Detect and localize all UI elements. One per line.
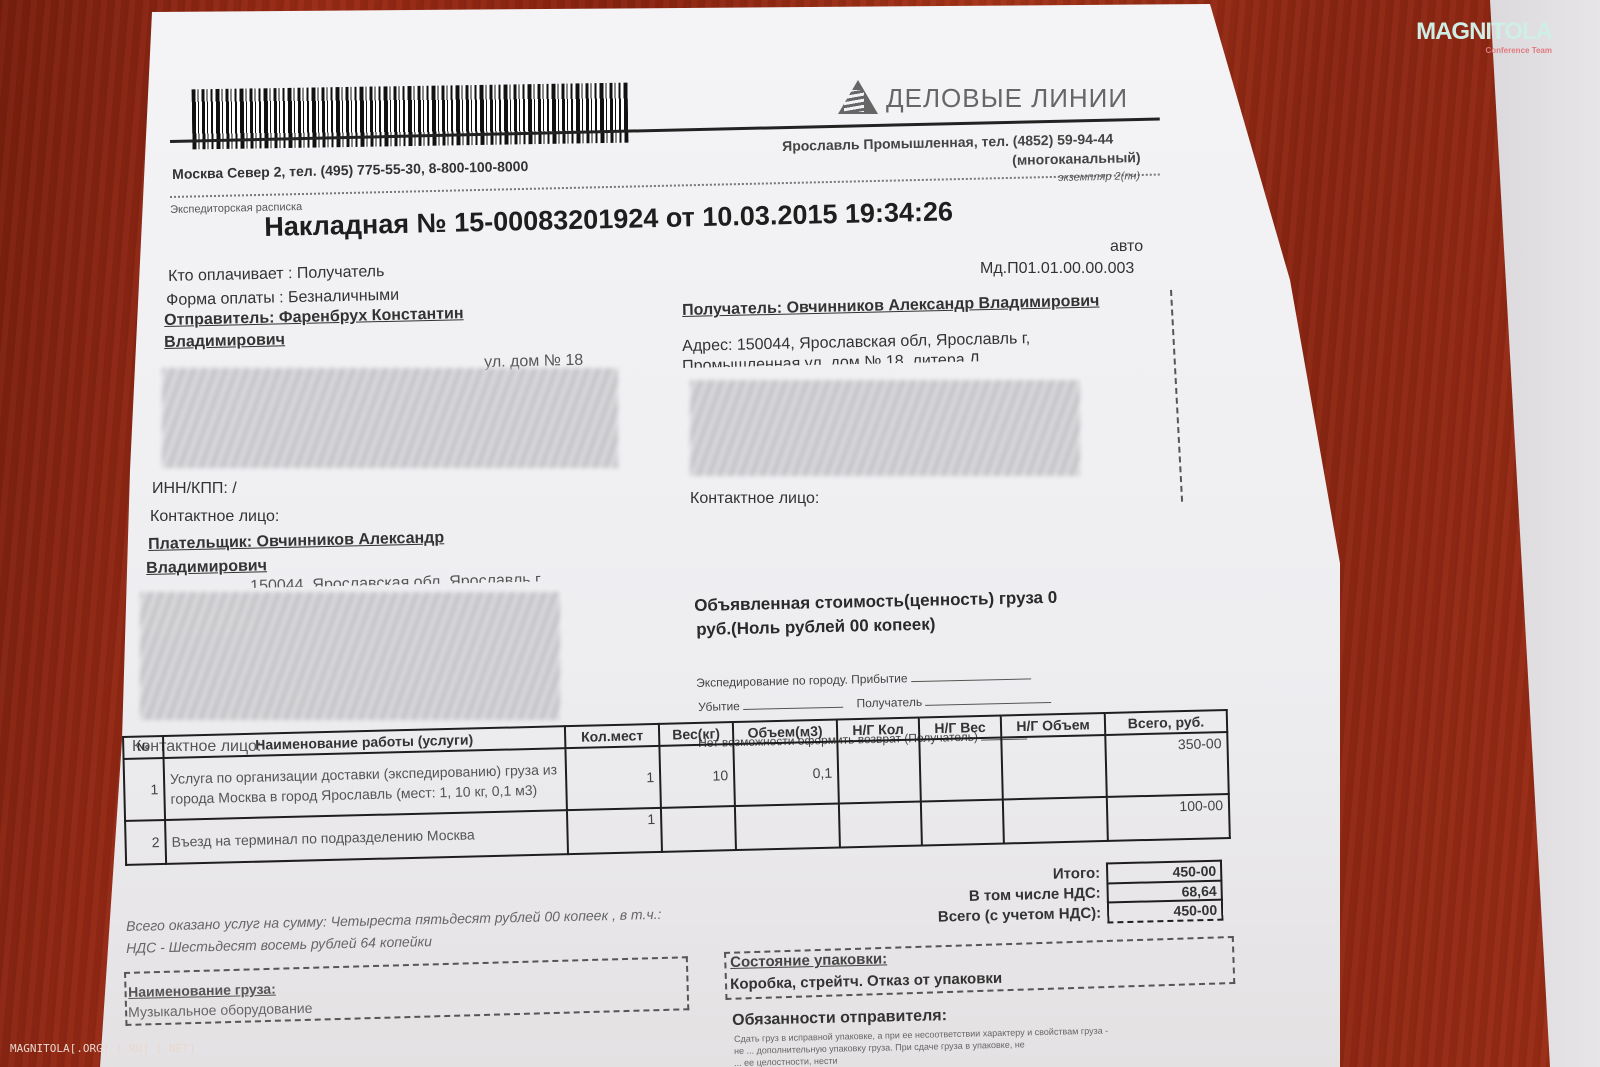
cargo-label: Наименование груза: xyxy=(128,981,276,1000)
declared-value-line1: Объявленная стоимость(ценность) груза 0 xyxy=(694,588,1057,616)
row-ng-qty xyxy=(837,740,920,804)
row-places: 1 xyxy=(565,746,660,810)
watermark-url: MAGNITOLA[.ORG] [.RU] [.NET] xyxy=(10,1042,195,1055)
receiver-dashed-border xyxy=(1170,290,1183,502)
col-number: № xyxy=(123,736,164,759)
row-service-name: Въезд на терминал по подразделению Москв… xyxy=(165,810,568,864)
payer-title: Плательщик: Овчинников Александр xyxy=(148,529,444,554)
grand-total-label: Всего (с учетом НДС): xyxy=(881,904,1107,927)
redacted-payer-address xyxy=(140,592,560,720)
row-volume xyxy=(735,804,840,851)
packaging-label: Состояние упаковки: xyxy=(730,950,887,971)
row-places: 1 xyxy=(567,808,662,854)
company-logo-icon xyxy=(838,80,878,116)
row-total: 350-00 xyxy=(1105,732,1228,797)
col-ng-weight: Н/Г Вес xyxy=(919,716,1002,740)
sender-duties-text-3: ... ее целостности, нести xyxy=(734,1056,838,1067)
payer-address-partial: 150044, Ярославская обл, Ярославль г xyxy=(250,571,541,588)
row-number: 2 xyxy=(125,820,166,865)
redacted-sender-address xyxy=(162,368,618,468)
row-ng-weight xyxy=(919,738,1002,802)
transport-type: авто xyxy=(1110,238,1143,256)
row-volume: 0,1 xyxy=(733,742,838,807)
receiver-signature-line xyxy=(926,702,1052,706)
redacted-receiver-address xyxy=(690,380,1080,476)
payer-title-cont: Владимирович xyxy=(146,557,267,578)
departure-signature-line xyxy=(743,707,843,710)
sender-branch: Москва Север 2, тел. (495) 775-55-30, 8-… xyxy=(172,158,528,182)
row-number: 1 xyxy=(124,758,166,821)
row-ng-volume xyxy=(1003,797,1108,844)
row-ng-qty xyxy=(839,802,922,848)
sender-inn: ИНН/КПП: / xyxy=(152,480,237,498)
expediting-receiver-label: Получатель xyxy=(856,695,922,710)
row-ng-weight xyxy=(921,799,1004,845)
col-ng-volume: Н/Г Объем xyxy=(1001,713,1106,738)
page-title: Накладная № 15-00083201924 от 10.03.2015… xyxy=(264,196,953,243)
amount-words-line2: НДС - Шестьдесят восемь рублей 64 копейк… xyxy=(126,933,432,956)
row-service-name: Услуга по организации доставки (экспедир… xyxy=(164,748,567,820)
copy-note: экземпляр 2(пн) xyxy=(1058,170,1140,184)
totals-block: Итого: 450-00 В том числе НДС: 68,64 Все… xyxy=(880,860,1223,928)
amount-words-line1: Всего оказано услуг на сумму: Четыреста … xyxy=(126,906,662,934)
expediting-departure: Убытие Получатель xyxy=(698,692,1052,714)
row-total: 100-00 xyxy=(1107,794,1230,841)
waybill-document: ДЕЛОВЫЕ ЛИНИИ Москва Север 2, тел. (495)… xyxy=(100,0,1340,1067)
company-logo: ДЕЛОВЫЕ ЛИНИИ xyxy=(838,80,1128,116)
company-name: ДЕЛОВЫЕ ЛИНИИ xyxy=(886,83,1128,114)
col-volume: Объем(м3) xyxy=(733,720,838,745)
services-table: № Наименование работы (услуги) Кол.мест … xyxy=(122,709,1231,866)
col-places: Кол.мест xyxy=(565,724,660,748)
watermark-logo-subtitle: Conference Team xyxy=(1416,46,1552,55)
watermark-logo-text: MAGNITOLA xyxy=(1416,18,1552,45)
receiver-contact-label: Контактное лицо: xyxy=(690,490,819,508)
doc-code: Мд.П01.01.00.00.003 xyxy=(980,260,1134,278)
row-weight: 10 xyxy=(659,744,734,808)
receiver-branch-note: (многоканальный) xyxy=(1012,149,1141,168)
expediting-arrival: Экспедирование по городу. Прибытие xyxy=(696,668,1031,690)
grand-total-value: 450-00 xyxy=(1107,899,1224,924)
col-ng-qty: Н/Г Кол xyxy=(837,718,920,742)
payer-line: Кто оплачивает : Получатель xyxy=(168,263,385,286)
expediting-arrival-label: Экспедирование по городу. Прибытие xyxy=(696,671,908,690)
declared-value-line2: руб.(Ноль рублей 00 копеек) xyxy=(696,615,936,640)
row-ng-volume xyxy=(1001,735,1106,800)
sender-title-cont: Владимирович xyxy=(164,331,285,352)
row-weight xyxy=(661,806,736,852)
col-total: Всего, руб. xyxy=(1105,710,1228,735)
watermark-logo: MAGNITOLA Conference Team xyxy=(1416,18,1552,55)
expediting-departure-label: Убытие xyxy=(698,699,740,714)
receiver-title: Получатель: Овчинников Александр Владими… xyxy=(682,293,1100,320)
sender-contact-label: Контактное лицо: xyxy=(150,508,279,526)
sender-duties-title: Обязанности отправителя: xyxy=(732,1007,947,1030)
arrival-signature-line xyxy=(911,678,1031,682)
col-weight: Вес(кг) xyxy=(659,722,734,746)
